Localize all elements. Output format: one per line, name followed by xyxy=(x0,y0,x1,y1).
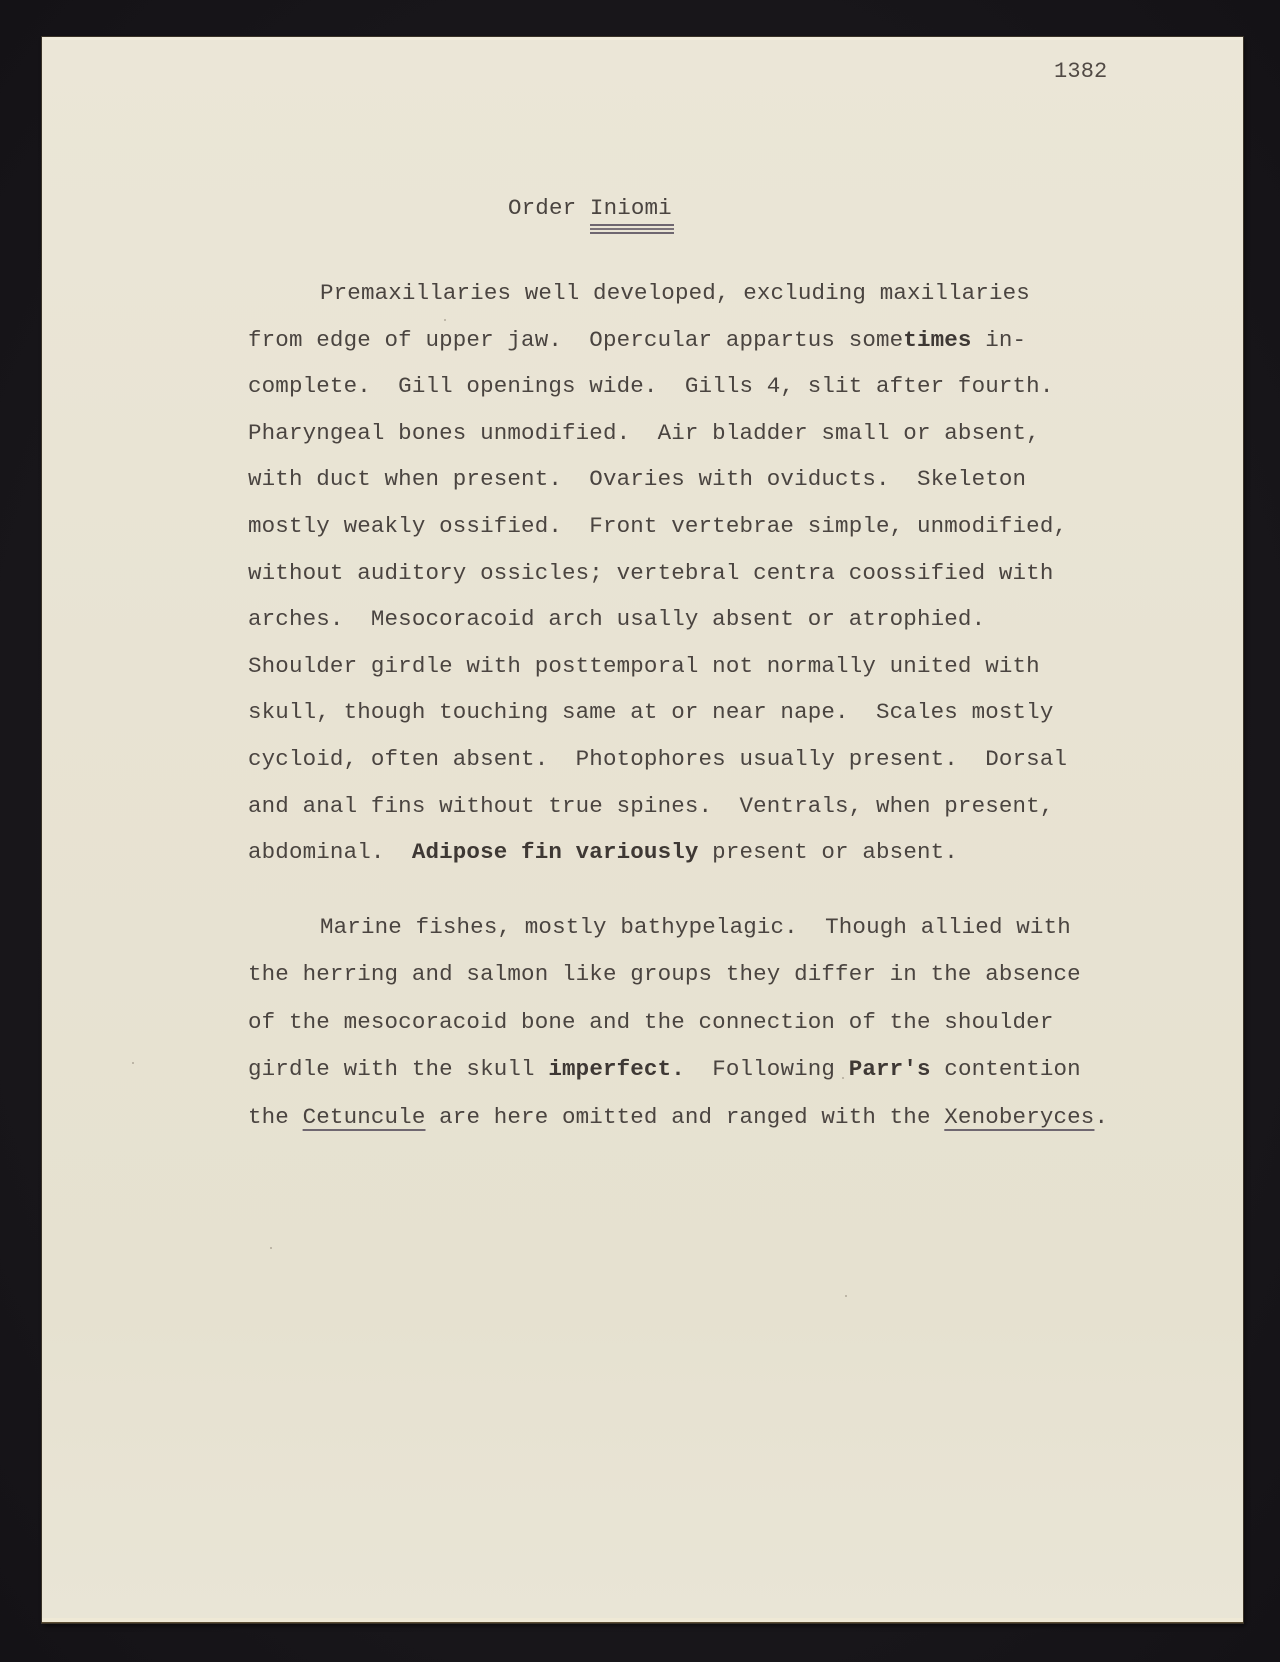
text-line: mostly weakly ossified. Front vertebrae … xyxy=(248,515,1067,538)
paper-speck xyxy=(444,319,446,321)
text-line: cycloid, often absent. Photophores usual… xyxy=(248,748,1067,771)
page-title: Order Iniomi xyxy=(508,197,672,220)
text-run: the herring and salmon like groups they … xyxy=(248,961,1081,987)
text-run: the xyxy=(248,1104,303,1130)
text-run: skull, though touching same at or near n… xyxy=(248,699,1053,725)
text-run: from edge of upper jaw. Opercular appart… xyxy=(248,327,903,353)
typewritten-page: 1382 Order Iniomi Premaxillaries well de… xyxy=(42,37,1243,1623)
title-prefix: Order xyxy=(508,195,590,221)
text-line: Pharyngeal bones unmodified. Air bladder… xyxy=(248,422,1040,445)
page-number: 1382 xyxy=(1054,61,1107,83)
text-line: girdle with the skull imperfect. Followi… xyxy=(248,1058,1081,1081)
text-run: Premaxillaries well developed, excluding… xyxy=(320,280,1030,306)
text-run: complete. Gill openings wide. Gills 4, s… xyxy=(248,373,1053,399)
paper-speck xyxy=(845,1295,847,1297)
text-run: and anal fins without true spines. Ventr… xyxy=(248,793,1053,819)
paper-speck xyxy=(842,1077,844,1079)
underlined-term: Cetuncule xyxy=(303,1104,426,1130)
text-line: Shoulder girdle with posttemporal not no… xyxy=(248,655,1040,678)
text-line: of the mesocoracoid bone and the connect… xyxy=(248,1011,1053,1034)
emphasized-text: Adipose fin variously xyxy=(412,839,699,865)
text-line: without auditory ossicles; vertebral cen… xyxy=(248,562,1053,585)
text-line: Premaxillaries well developed, excluding… xyxy=(320,282,1030,305)
text-run: without auditory ossicles; vertebral cen… xyxy=(248,560,1053,586)
emphasized-text: Parr's xyxy=(849,1056,931,1082)
text-line: with duct when present. Ovaries with ovi… xyxy=(248,468,1026,491)
title-order-name: Iniomi xyxy=(590,197,672,220)
paper-speck xyxy=(270,1247,272,1249)
text-run: abdominal. xyxy=(248,839,412,865)
text-run: Pharyngeal bones unmodified. Air bladder… xyxy=(248,420,1040,446)
emphasized-text: times xyxy=(903,327,971,353)
underlined-term: Xenoberyces xyxy=(944,1104,1094,1130)
text-run: Marine fishes, mostly bathypelagic. Thou… xyxy=(320,914,1071,940)
emphasized-text: imperfect. xyxy=(548,1056,685,1082)
text-run: Following xyxy=(685,1056,849,1082)
text-run: mostly weakly ossified. Front vertebrae … xyxy=(248,513,1067,539)
text-line: abdominal. Adipose fin variously present… xyxy=(248,841,958,864)
text-line: the Cetuncule are here omitted and range… xyxy=(248,1106,1108,1129)
text-run: girdle with the skull xyxy=(248,1056,548,1082)
text-run: Shoulder girdle with posttemporal not no… xyxy=(248,653,1040,679)
text-run: arches. Mesocoracoid arch usally absent … xyxy=(248,606,985,632)
text-run: . xyxy=(1094,1104,1108,1130)
text-line: from edge of upper jaw. Opercular appart… xyxy=(248,329,1026,352)
text-line: complete. Gill openings wide. Gills 4, s… xyxy=(248,375,1053,398)
text-run: in- xyxy=(972,327,1027,353)
text-line: skull, though touching same at or near n… xyxy=(248,701,1053,724)
text-line: the herring and salmon like groups they … xyxy=(248,963,1081,986)
text-run: with duct when present. Ovaries with ovi… xyxy=(248,466,1026,492)
text-run: cycloid, often absent. Photophores usual… xyxy=(248,746,1067,772)
paper-speck xyxy=(132,1062,134,1064)
text-run: are here omitted and ranged with the xyxy=(425,1104,944,1130)
text-line: and anal fins without true spines. Ventr… xyxy=(248,795,1053,818)
text-run: of the mesocoracoid bone and the connect… xyxy=(248,1009,1053,1035)
text-run: contention xyxy=(931,1056,1081,1082)
text-line: Marine fishes, mostly bathypelagic. Thou… xyxy=(320,916,1071,939)
text-line: arches. Mesocoracoid arch usally absent … xyxy=(248,608,985,631)
text-run: present or absent. xyxy=(699,839,958,865)
